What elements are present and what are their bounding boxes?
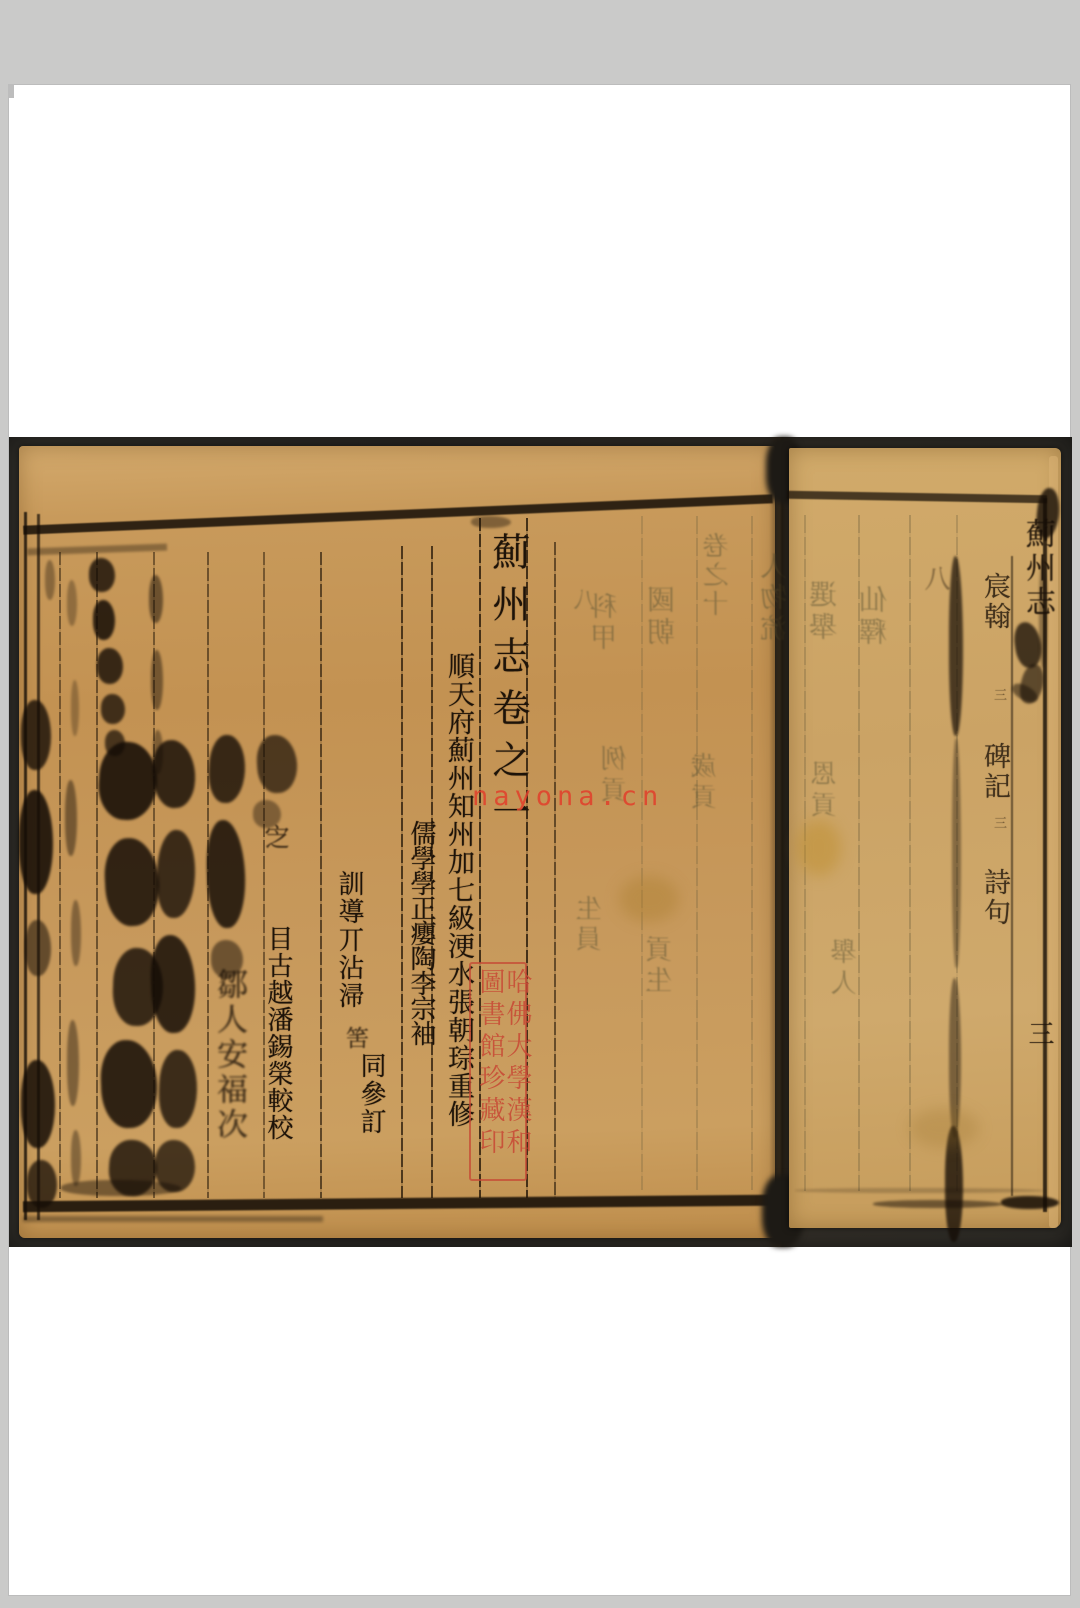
ink-smudge <box>873 1200 1003 1208</box>
paper-stain <box>909 1108 979 1148</box>
ink-smudge <box>151 739 198 810</box>
ink-smudge <box>101 694 125 724</box>
ink-smudge <box>89 558 115 592</box>
left-page: 薊州志卷之一 順天府薊州知州加七級浭水張朝琮重修 儒學學正癭陶李宗袖 同參訂 訓… <box>19 446 775 1238</box>
ink-smudge <box>1034 487 1061 539</box>
ink-smudge <box>205 819 247 928</box>
ink-smudge <box>61 1180 181 1196</box>
ink-smudge <box>93 600 115 640</box>
ink-smudge <box>151 650 163 710</box>
ink-smudge <box>71 900 81 966</box>
ink-smudge <box>471 516 511 528</box>
ink-smudge <box>207 734 247 804</box>
ink-smudge <box>99 1039 158 1129</box>
ink-smudge <box>19 790 53 894</box>
ink-smudge <box>158 1049 199 1128</box>
ink-smudge <box>949 556 963 736</box>
ink-smudge <box>149 575 163 623</box>
mat-corner-notch <box>8 84 14 98</box>
ink-smudge <box>45 560 55 600</box>
viewer-mat: 薊州志卷之一 順天府薊州知州加七級浭水張朝琮重修 儒學學正癭陶李宗袖 同參訂 訓… <box>8 84 1071 1596</box>
ink-smudge <box>27 1160 57 1208</box>
ink-smudge <box>149 934 196 1033</box>
ink-smudge <box>1001 1196 1059 1209</box>
ink-smudge <box>21 700 51 770</box>
ink-smudge <box>253 800 281 828</box>
paper-stain <box>797 820 841 876</box>
ink-smudge <box>65 780 77 856</box>
ink-smudge <box>103 837 162 928</box>
book-scan-area: 薊州志卷之一 順天府薊州知州加七級浭水張朝琮重修 儒學學正癭陶李宗袖 同參訂 訓… <box>9 437 1072 1247</box>
ink-smudge <box>67 580 77 626</box>
ink-smudge <box>71 680 79 736</box>
ink-smudge <box>211 940 243 978</box>
ink-smudge <box>67 1020 79 1106</box>
ink-smudge <box>1039 558 1047 668</box>
ink-smudge <box>21 1060 55 1148</box>
ink-smudge <box>795 1188 1045 1193</box>
scan-viewer: { "watermark": { "text": "nayona.cn", "c… <box>0 0 1080 1608</box>
right-page: 薊州志 宸翰 三 碑記 三 詩句 八 三 仙釋 選舉 恩貢 舉人 <box>789 448 1061 1228</box>
ink-smudge <box>155 829 198 919</box>
watermark-text: nayona.cn <box>472 781 663 812</box>
ink-smudge <box>25 920 51 976</box>
ink-smudge <box>96 740 159 822</box>
ink-smudge-layer <box>19 446 775 1238</box>
ink-smudge <box>97 648 123 684</box>
ink-smudge <box>256 734 299 794</box>
ink-smudge <box>71 1130 81 1186</box>
paper-stain <box>619 876 679 922</box>
ink-smudge <box>952 738 961 968</box>
